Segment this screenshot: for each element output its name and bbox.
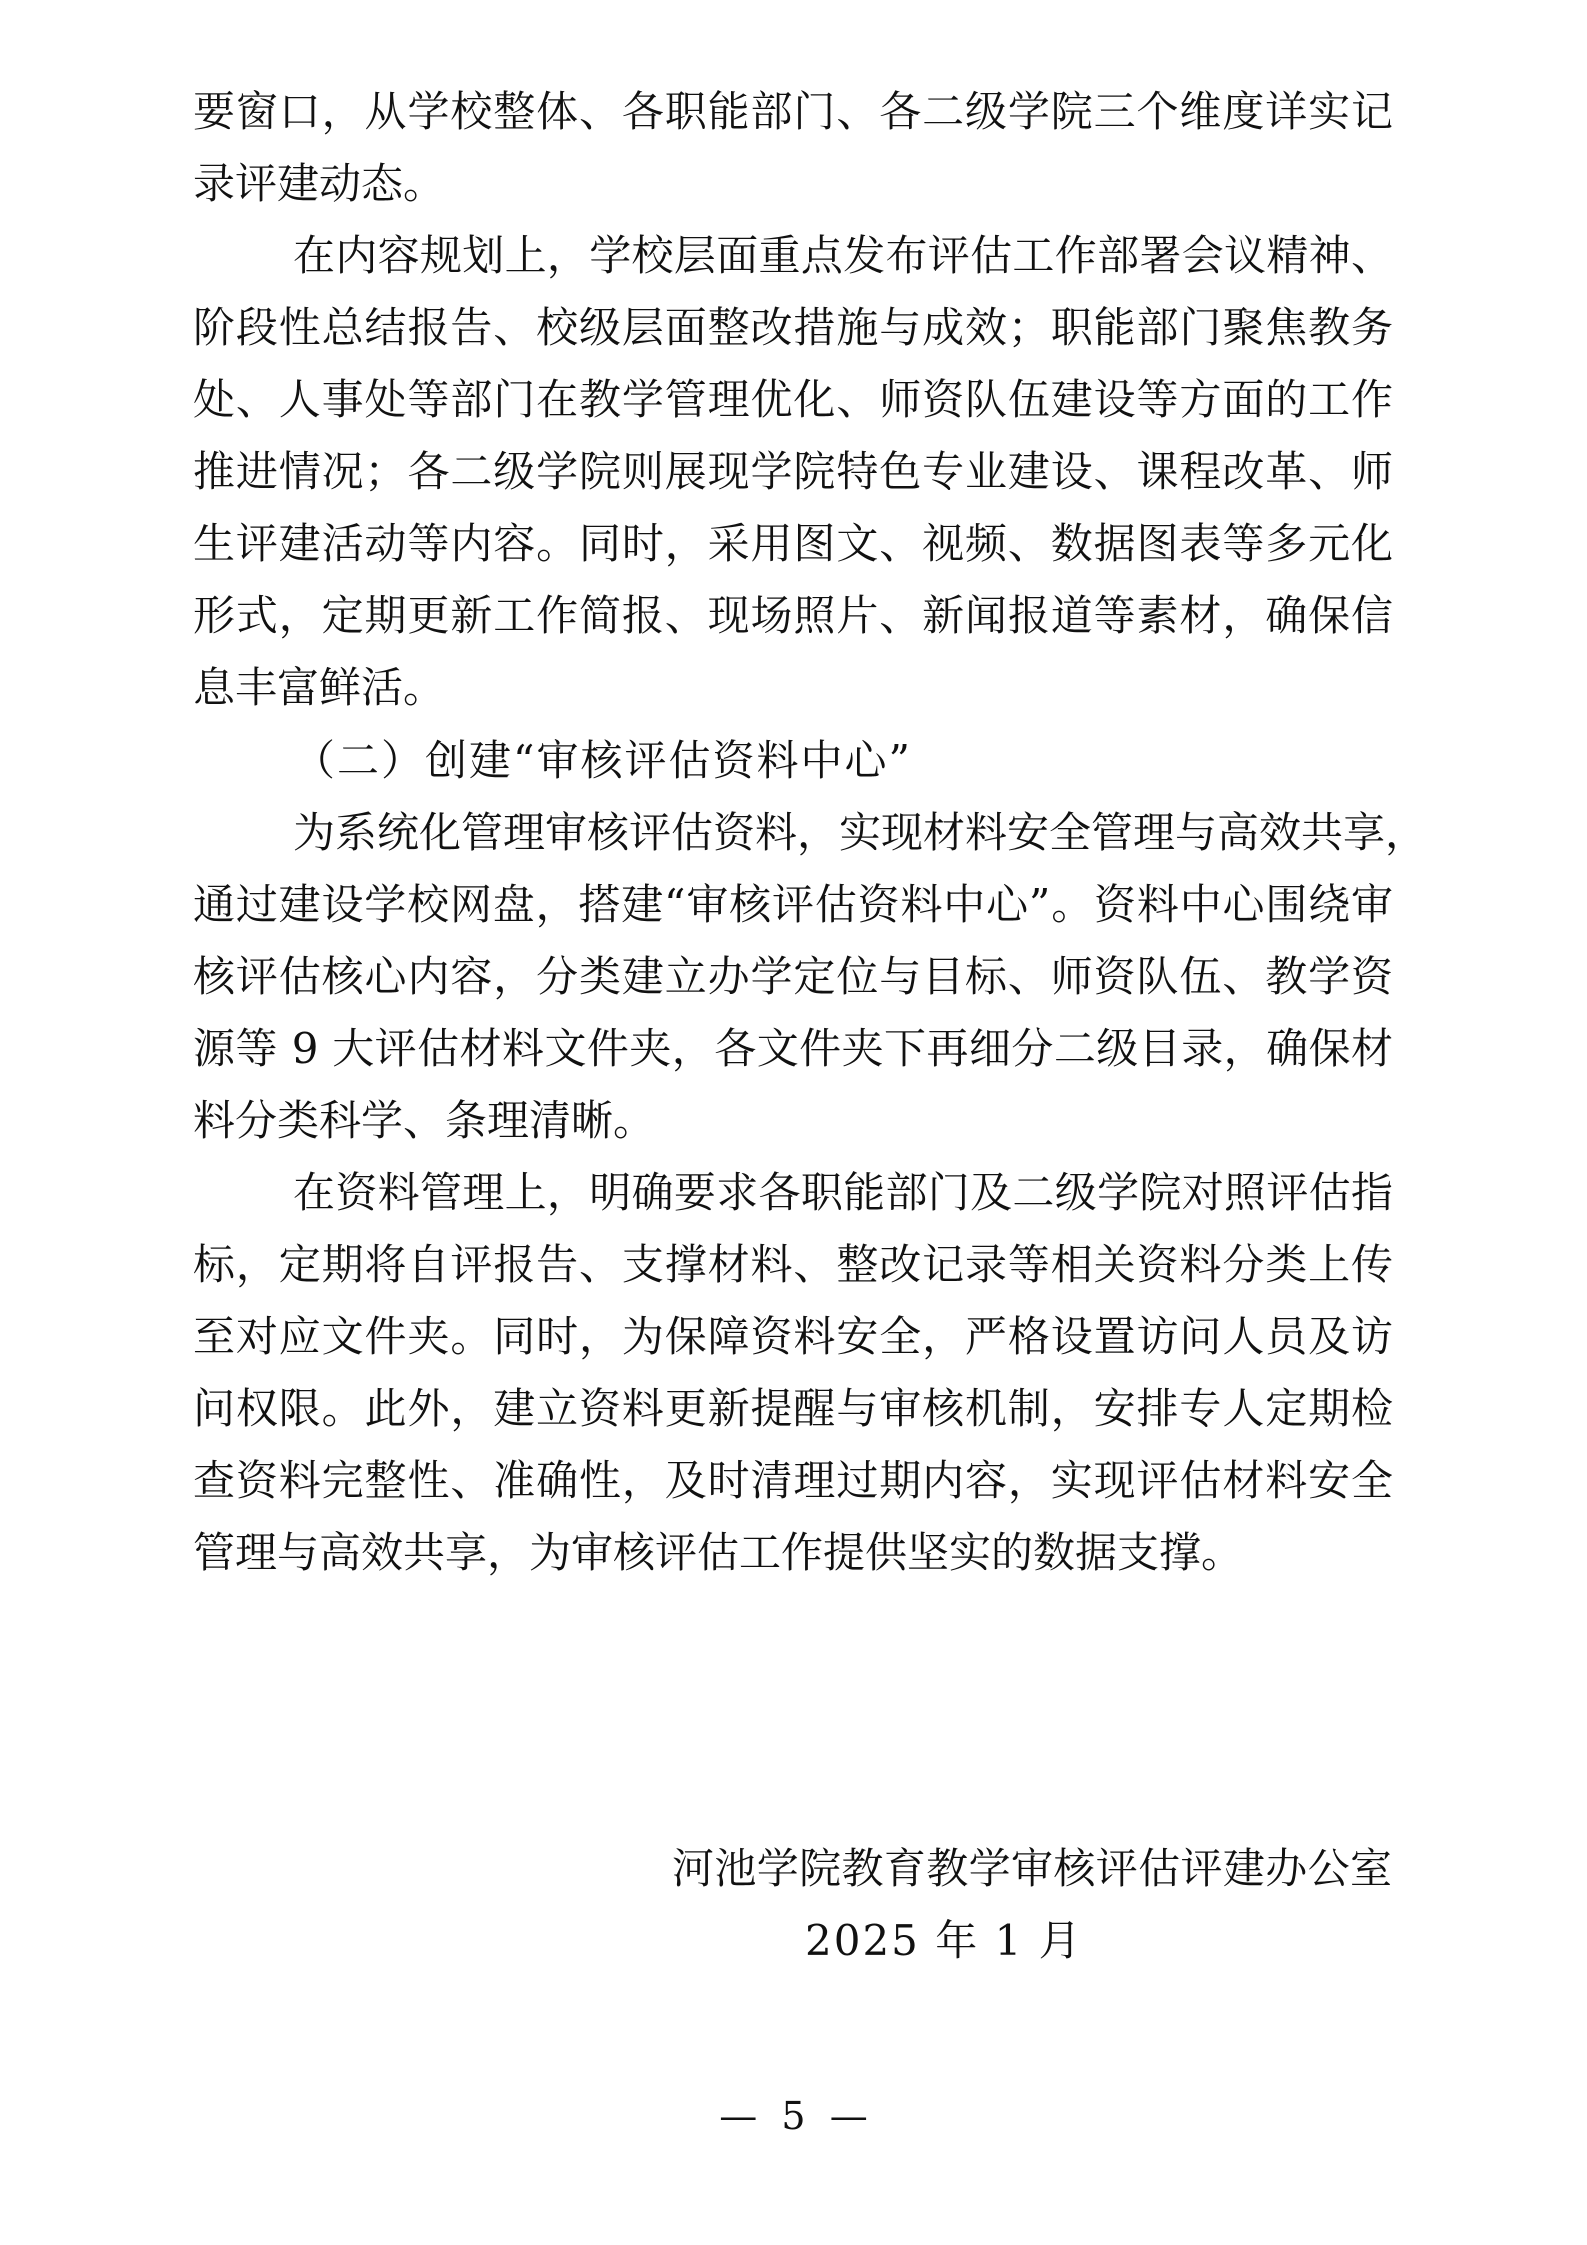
paragraph-line: 为系统化管理审核评估资料，实现材料安全管理与高效共享， bbox=[293, 797, 1393, 869]
paragraph-line: 问权限。此外，建立资料更新提醒与审核机制，安排专人定期检 bbox=[193, 1373, 1393, 1445]
paragraph-line: 形式，定期更新工作简报、现场照片、新闻报道等素材，确保信 bbox=[193, 580, 1393, 652]
paragraph-line: 核评估核心内容，分类建立办学定位与目标、师资队伍、教学资 bbox=[193, 941, 1393, 1013]
paragraph-line: 息丰富鲜活。 bbox=[193, 652, 1393, 724]
paragraph-line: 标，定期将自评报告、支撑材料、整改记录等相关资料分类上传 bbox=[193, 1229, 1393, 1301]
paragraph-line: 要窗口，从学校整体、各职能部门、各二级学院三个维度详实记 bbox=[193, 76, 1393, 148]
paragraph-line: 在内容规划上，学校层面重点发布评估工作部署会议精神、 bbox=[293, 220, 1393, 292]
paragraph-line: 在资料管理上，明确要求各职能部门及二级学院对照评估指 bbox=[293, 1157, 1393, 1229]
signature-date: 2025 年 1 月 bbox=[805, 1905, 1083, 1977]
page-number: — 5 — bbox=[0, 2088, 1587, 2144]
paragraph-line: 处、人事处等部门在教学管理优化、师资队伍建设等方面的工作 bbox=[193, 364, 1393, 436]
paragraph-line: 录评建动态。 bbox=[193, 148, 1393, 220]
paragraph-line: 至对应文件夹。同时，为保障资料安全，严格设置访问人员及访 bbox=[193, 1301, 1393, 1373]
paragraph-line: 查资料完整性、准确性，及时清理过期内容，实现评估材料安全 bbox=[193, 1445, 1393, 1517]
paragraph-line: 阶段性总结报告、校级层面整改措施与成效；职能部门聚焦教务 bbox=[193, 292, 1393, 364]
paragraph-line: 源等 9 大评估材料文件夹，各文件夹下再细分二级目录，确保材 bbox=[193, 1013, 1393, 1085]
signature-organization: 河池学院教育教学审核评估评建办公室 bbox=[672, 1833, 1392, 1905]
paragraph-line: 料分类科学、条理清晰。 bbox=[193, 1085, 1393, 1157]
paragraph-line: 生评建活动等内容。同时，采用图文、视频、数据图表等多元化 bbox=[193, 508, 1393, 580]
paragraph-line: 管理与高效共享，为审核评估工作提供坚实的数据支撑。 bbox=[193, 1517, 1393, 1589]
document-page: 要窗口，从学校整体、各职能部门、各二级学院三个维度详实记 录评建动态。 在内容规… bbox=[0, 0, 1587, 2245]
section-heading: （二）创建“审核评估资料中心” bbox=[293, 725, 912, 797]
paragraph-line: 推进情况；各二级学院则展现学院特色专业建设、课程改革、师 bbox=[193, 436, 1393, 508]
paragraph-line: 通过建设学校网盘，搭建“审核评估资料中心”。资料中心围绕审 bbox=[193, 869, 1393, 941]
